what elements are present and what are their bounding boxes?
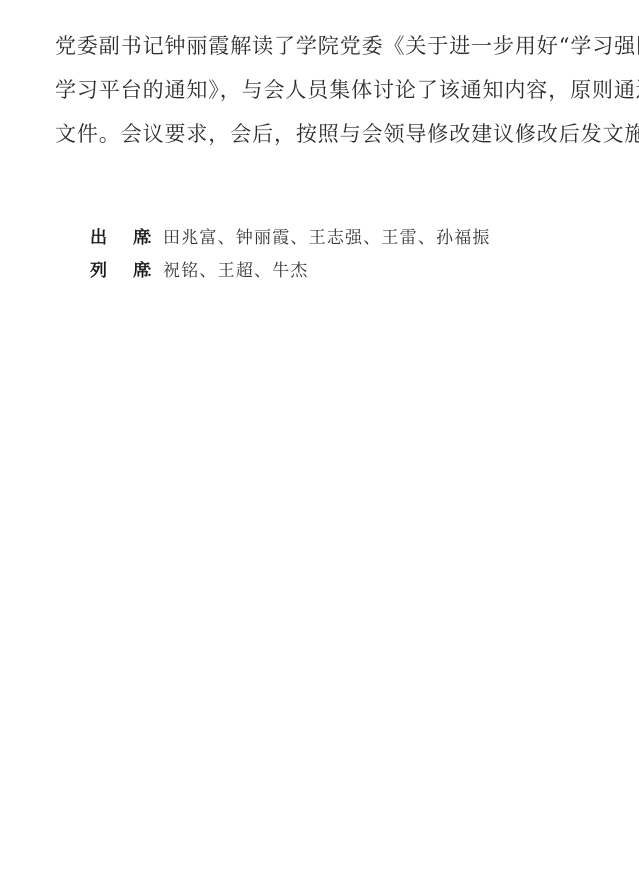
observers-names: 祝铭、王超、牛杰 (163, 259, 309, 283)
observers-row: 列 席 ： 祝铭、王超、牛杰 (90, 259, 560, 292)
present-colon: ： (146, 226, 161, 250)
observers-label: 列 席 (90, 259, 150, 283)
present-row: 出 席 ： 田兆富、钟丽霞、王志强、王雷、孙福振 (90, 226, 560, 259)
document-page: 党委副书记钟丽霞解读了学院党委《关于进一步用好“学习强国” 学习平台的通知》，与… (0, 0, 639, 893)
meeting-minutes-paragraph: 党委副书记钟丽霞解读了学院党委《关于进一步用好“学习强国” 学习平台的通知》，与… (55, 32, 571, 164)
observers-colon: ： (146, 259, 161, 283)
paragraph-line: 党委副书记钟丽霞解读了学院党委《关于进一步用好“学习强国” (55, 32, 571, 76)
present-names: 田兆富、钟丽霞、王志强、王雷、孙福振 (163, 226, 491, 250)
paragraph-line: 文件。会议要求，会后，按照与会领导修改建议修改后发文施行。 (55, 120, 571, 164)
paragraph-line: 学习平台的通知》，与会人员集体讨论了该通知内容，原则通过该 (55, 76, 571, 120)
observers-label-char1: 列 (90, 259, 107, 283)
present-label-char1: 出 (90, 226, 107, 250)
attendance-section: 出 席 ： 田兆富、钟丽霞、王志强、王雷、孙福振 列 席 ： 祝铭、王超、牛杰 (90, 226, 560, 292)
present-label: 出 席 (90, 226, 150, 250)
